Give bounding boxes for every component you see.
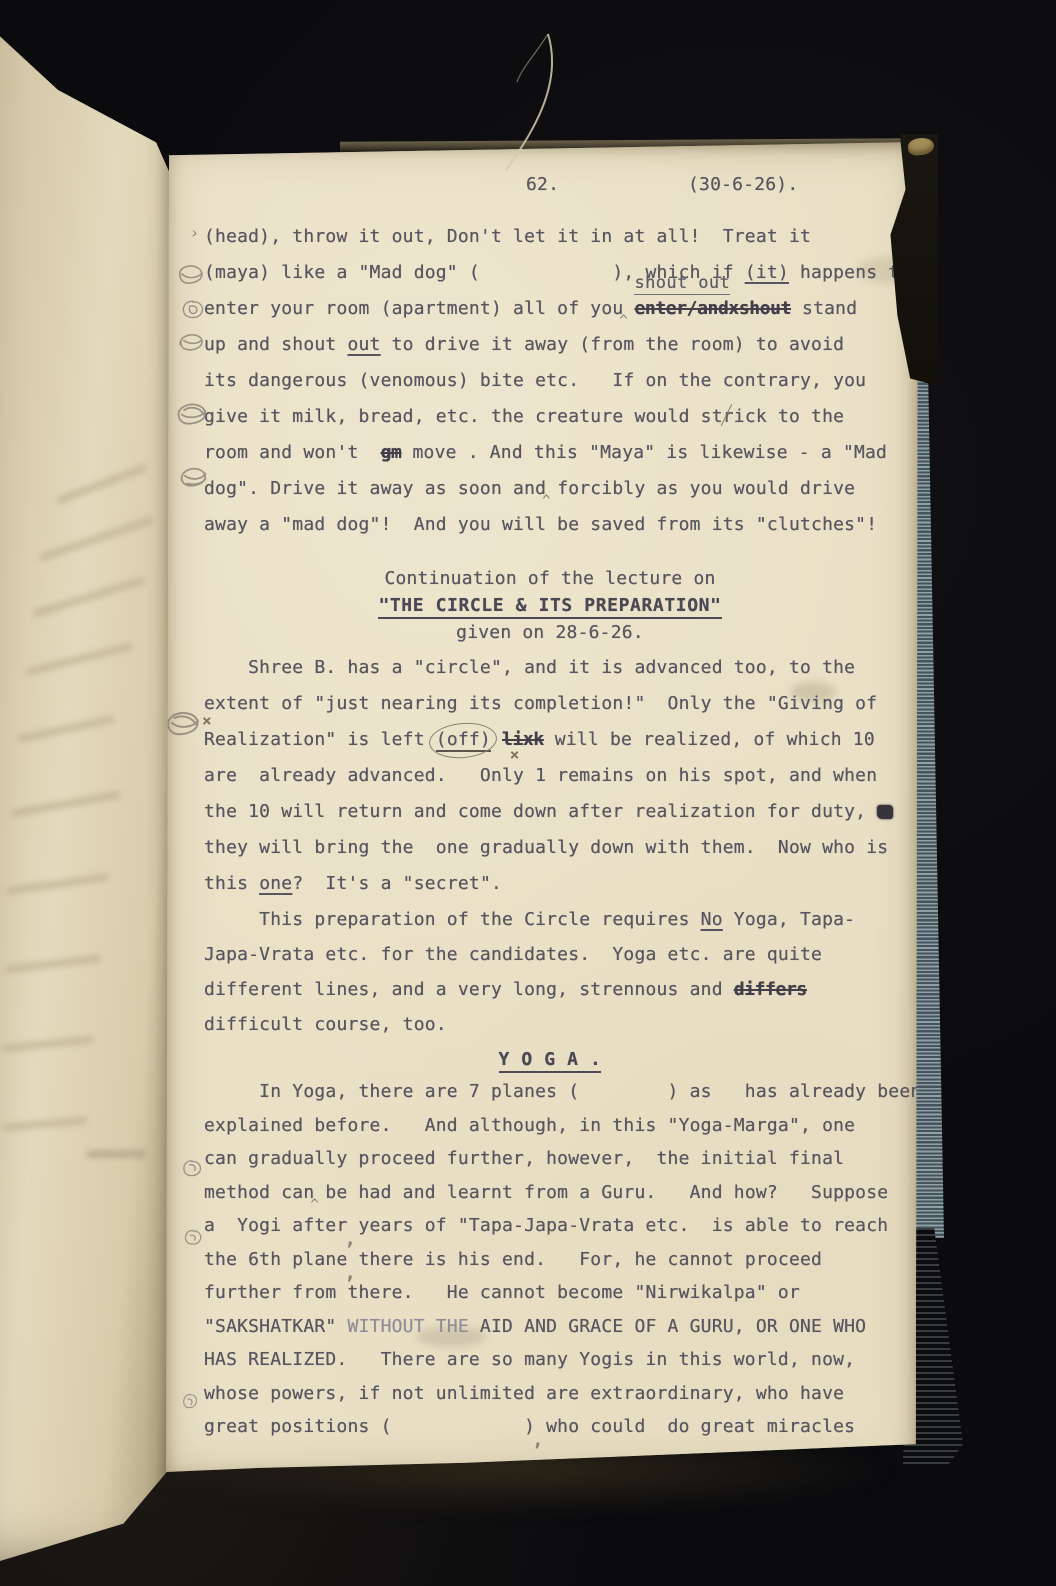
text-segment-fade: WITHOUT THE — [347, 1316, 468, 1337]
pencil-smudge — [86, 1150, 146, 1158]
text-segment-u: (it) — [745, 262, 789, 283]
text-segment-strike: differs — [734, 979, 807, 1000]
text-segment: method can — [204, 1182, 314, 1203]
text-segment: move . And this "Maya" is likewise - a "… — [401, 442, 887, 463]
text-segment: "SAKSHATKAR" — [204, 1316, 347, 1337]
text-line: further from there. He cannot become "Ni… — [204, 1282, 896, 1316]
manuscript-page: › 62. (30-6-26). (head), throw it out, D… — [166, 142, 918, 1472]
text-line: the 10 will return and come down after r… — [204, 801, 896, 837]
ghost-text-line — [56, 463, 148, 505]
text-segment: its dangerous (venomous) bite etc. If on… — [204, 370, 866, 391]
text-line: up and shout out to drive it away (from … — [204, 334, 896, 370]
text-segment-caret: ^ — [542, 493, 551, 509]
text-segment-xbe: × — [510, 745, 520, 764]
text-segment: the 10 will return and come down after r… — [204, 801, 877, 822]
text-segment: Continuation of the lecture on — [384, 568, 715, 589]
text-segment: they will bring the one gradually down w… — [204, 837, 888, 858]
text-segment: room and won't — [204, 442, 381, 463]
text-segment: given on 28-6-26. — [456, 622, 644, 643]
paragraph-mad-dog: (head), throw it out, Don't let it in at… — [204, 226, 896, 550]
text-segment-strike: gm — [381, 442, 402, 463]
ghost-text-line — [25, 642, 134, 676]
heading-yoga: Y O G A . — [204, 1049, 896, 1079]
text-line: enter your room (apartment) all of you^ … — [204, 298, 896, 334]
text-segment: to drive it away (from the room) to avoi… — [381, 334, 845, 355]
paragraph-preparation: This preparation of the Circle requires … — [204, 909, 896, 1049]
ghost-text-line — [4, 954, 102, 974]
text-line: given on 28-6-26. — [204, 622, 896, 649]
text-segment: dog". Drive it away as soon and — [204, 478, 546, 499]
text-segment: difficult course, too. — [204, 1014, 447, 1035]
text-segment-caret: ^ — [310, 1197, 319, 1213]
text-segment: different lines, and a very long, strenn… — [204, 979, 734, 1000]
ghost-text-line — [2, 1116, 88, 1131]
text-line: Shree B. has a "circle", and it is advan… — [204, 657, 896, 693]
loose-thread — [450, 28, 590, 188]
text-segment: This preparation of the Circle requires — [204, 909, 701, 930]
text-line: its dangerous (venomous) bite etc. If on… — [204, 370, 896, 406]
ghost-text-line — [2, 1035, 94, 1053]
paragraph-yoga: In Yoga, there are 7 planes ( ) as has a… — [204, 1081, 896, 1450]
pencil-scribble — [179, 1386, 201, 1417]
text-segment: Shree B. has a "circle", and it is advan… — [204, 657, 855, 678]
text-line: difficult course, too. — [204, 1014, 896, 1049]
ghost-text-line — [16, 715, 115, 744]
text-line: a Yogi after, years of "Tapa-Japa-Vrata … — [204, 1215, 896, 1249]
text-segment: who could do great miracles — [535, 1416, 855, 1437]
text-line: Continuation of the lecture on — [204, 568, 896, 595]
text-segment: great positions ( ) — [204, 1416, 535, 1437]
text-line: extent of "just nearing its completion!"… — [204, 693, 896, 729]
ghost-text-line — [10, 790, 122, 817]
text-line: "SAKSHATKAR" WITHOUT THE AID AND GRACE O… — [204, 1316, 896, 1350]
text-segment: a Yogi after — [204, 1215, 347, 1236]
text-segment: AID AND GRACE OF A GURU, OR ONE WHO — [469, 1316, 866, 1337]
text-segment: Realization" is left — [204, 729, 436, 750]
text-line: dog". Drive it away as soon and^ forcibl… — [204, 478, 896, 514]
text-segment-u: out — [347, 334, 380, 355]
text-line: "THE CIRCLE & ITS PREPARATION" — [204, 595, 896, 622]
text-segment: up and shout — [204, 334, 347, 355]
text-segment-title-u: "THE CIRCLE & ITS PREPARATION" — [378, 595, 721, 619]
text-segment-slash: r — [723, 406, 734, 427]
text-segment-pbe: , — [344, 1262, 356, 1284]
facing-page — [0, 25, 178, 1570]
pencil-scribble — [176, 464, 211, 491]
text-segment: happens to — [789, 262, 910, 283]
text-line: room and won't gm move . And this "Maya"… — [204, 442, 896, 478]
text-segment: the 6th plane — [204, 1249, 347, 1270]
ghost-text-line — [38, 516, 154, 563]
text-line: the 6th plane, there is his end. For, he… — [204, 1249, 896, 1283]
text-line: whose powers, if not unlimited are extra… — [204, 1383, 896, 1417]
text-segment: are already advanced. Only 1 remains on … — [204, 765, 877, 786]
text-segment: this — [204, 873, 259, 894]
text-line: they will bring the one gradually down w… — [204, 837, 896, 873]
text-segment: enter your room (apartment) all of you — [204, 298, 623, 319]
text-line: give it milk, bread, etc. the creature w… — [204, 406, 896, 442]
text-line: In Yoga, there are 7 planes ( ) as has a… — [204, 1081, 896, 1115]
text-segment-strike: enter/andxshout — [634, 298, 791, 319]
text-segment-pbe: , — [532, 1429, 544, 1451]
pencil-scribble — [179, 296, 207, 323]
text-line: this one? It's a "secret". — [204, 873, 896, 909]
text-line: ×Realization" is left (off) lixk× will b… — [204, 729, 896, 765]
text-segment-pbe: , — [344, 1228, 356, 1250]
text-segment-u: one — [259, 873, 292, 894]
pencil-scribble — [179, 1154, 205, 1183]
pencil-tick-mark: › — [189, 223, 201, 242]
ghost-text-line — [6, 873, 110, 895]
pencil-scribble — [162, 708, 204, 739]
ghost-text-line — [31, 576, 146, 618]
page-date: (30-6-26). — [688, 174, 798, 195]
text-segment: Japa-Vrata etc. for the candidates. Yoga… — [204, 944, 822, 965]
text-line: can gradually proceed further, however, … — [204, 1148, 896, 1182]
text-segment: there is his end. For, he cannot proceed — [347, 1249, 822, 1270]
text-segment-blot — [877, 805, 893, 819]
paragraph-circle: Shree B. has a "circle", and it is advan… — [204, 657, 896, 909]
text-line: explained before. And although, in this … — [204, 1115, 896, 1149]
pencil-scribble — [181, 1224, 205, 1251]
text-segment: whose powers, if not unlimited are extra… — [204, 1383, 844, 1404]
text-segment: be had and learnt from a Guru. And how? … — [314, 1182, 888, 1203]
text-segment: (head), throw it out, Don't let it in at… — [204, 226, 811, 247]
pencil-scribble — [175, 262, 207, 287]
text-line: great positions ( ), who could do great … — [204, 1416, 896, 1450]
text-segment: ? It's a "secret". — [292, 873, 502, 894]
text-segment: forcibly as you would drive — [546, 478, 855, 499]
text-segment-strike: lixk — [502, 729, 544, 750]
text-line: are already advanced. Only 1 remains on … — [204, 765, 896, 801]
text-line: This preparation of the Circle requires … — [204, 909, 896, 944]
text-line: method can^ be had and learnt from a Gur… — [204, 1182, 896, 1216]
text-segment: can gradually proceed further, however, … — [204, 1148, 844, 1169]
text-line: (maya) like a "Mad dog" ( ), which if (i… — [204, 262, 896, 298]
pencil-scribble — [173, 400, 211, 428]
text-line: different lines, and a very long, strenn… — [204, 979, 896, 1014]
text-segment-caret: ^ — [619, 313, 628, 329]
text-segment: give it milk, bread, etc. the creature w… — [204, 406, 723, 427]
text-segment-u: No — [701, 909, 723, 930]
text-segment: years of "Tapa-Japa-Vrata etc. is able t… — [347, 1215, 888, 1236]
text-line: away a "mad dog"! And you will be saved … — [204, 514, 896, 550]
text-segment: explained before. And although, in this … — [204, 1115, 855, 1136]
text-line: (head), throw it out, Don't let it in at… — [204, 226, 896, 262]
text-segment-circ: (off) — [436, 729, 491, 752]
text-segment-title-u: Y O G A . — [499, 1049, 602, 1073]
text-segment: extent of "just nearing its completion!"… — [204, 693, 877, 714]
text-segment: ick to the — [734, 406, 844, 427]
text-line: Japa-Vrata etc. for the candidates. Yoga… — [204, 944, 896, 979]
typed-text: 62. (30-6-26). (head), throw it out, Don… — [204, 174, 896, 1450]
pencil-scribble — [176, 330, 207, 354]
text-segment: HAS REALIZED. There are so many Yogis in… — [204, 1349, 855, 1370]
text-segment: stand — [791, 298, 857, 319]
heading-circle-preparation: Continuation of the lecture on"THE CIRCL… — [204, 568, 896, 649]
text-segment: will be realized, of which 10 — [544, 729, 875, 750]
text-line: Y O G A . — [204, 1049, 896, 1079]
text-segment: away a "mad dog"! And you will be saved … — [204, 514, 877, 535]
text-line: HAS REALIZED. There are so many Yogis in… — [204, 1349, 896, 1383]
text-segment: In Yoga, there are 7 planes ( ) as has a… — [204, 1081, 921, 1102]
text-segment: further from there. He cannot become "Ni… — [204, 1282, 800, 1303]
text-segment-ins: shout out — [634, 273, 730, 295]
photo-background: › 62. (30-6-26). (head), throw it out, D… — [0, 0, 1056, 1586]
text-segment: Yoga, Tapa- — [723, 909, 855, 930]
